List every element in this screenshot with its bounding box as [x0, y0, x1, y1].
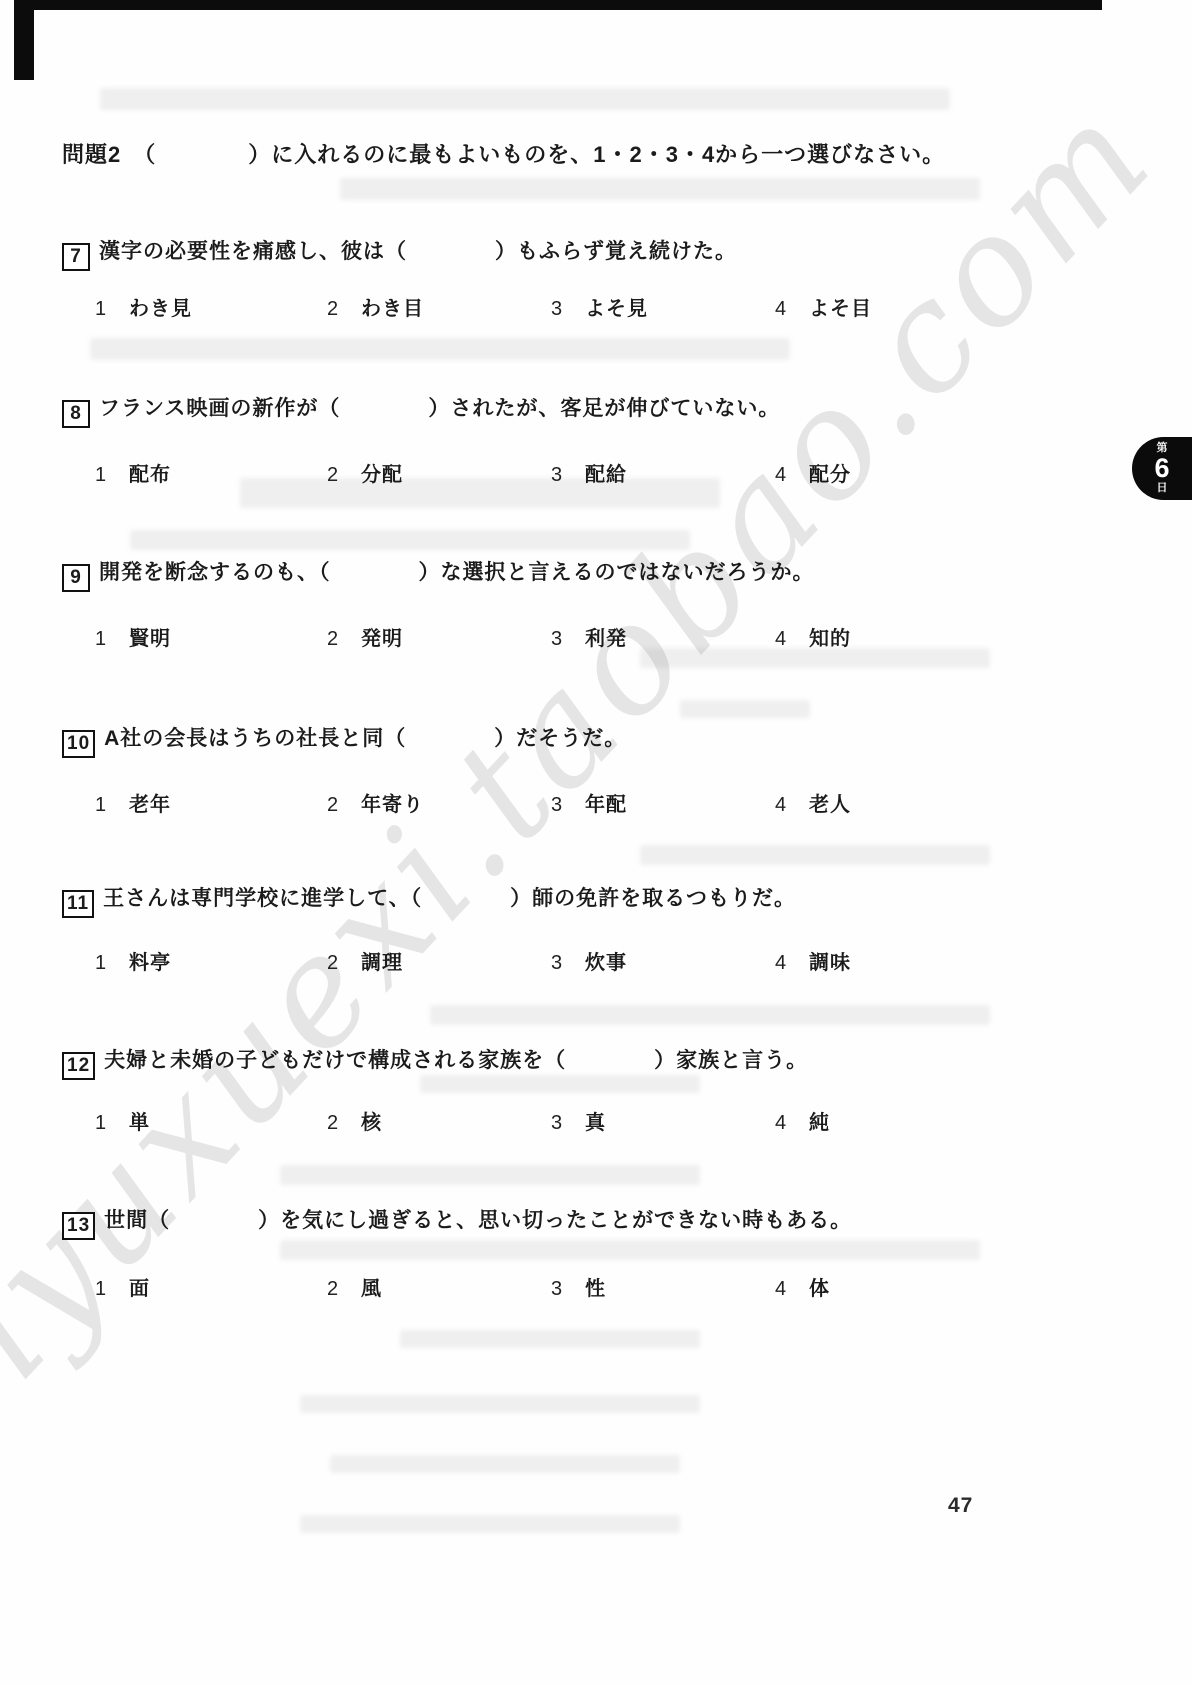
option: 1面: [95, 1272, 327, 1301]
bleed-through-artifact: [100, 88, 950, 110]
question-text: 世間（ ）を気にし過ぎると、思い切ったことができない時もある。: [104, 1209, 852, 1232]
option: 1老年: [95, 788, 327, 817]
option: 2核: [327, 1106, 551, 1135]
option: 2発明: [327, 622, 551, 651]
option: 2風: [327, 1272, 551, 1301]
bleed-through-artifact: [340, 178, 980, 200]
option-number: 3: [551, 464, 571, 487]
option-number: 2: [327, 628, 347, 651]
option-number: 3: [551, 1278, 571, 1301]
option: 3炊事: [551, 946, 775, 975]
option: 4老人: [775, 788, 999, 817]
option: 3年配: [551, 788, 775, 817]
option-label: 配給: [585, 464, 627, 486]
option-number: 2: [327, 1278, 347, 1301]
option-label: 年配: [585, 794, 627, 816]
options-row-13: 1面 2風 3性 4体: [95, 1272, 1105, 1301]
bleed-through-artifact: [680, 700, 810, 718]
question-7: 7漢字の必要性を痛感し、彼は（ ）もふらず覚え続けた。: [62, 235, 1062, 271]
scanned-test-page: riyuxuexi.taobao.com 問題2 （ ）に入れるのに最もよいもの…: [0, 0, 1192, 1684]
question-number: 11: [67, 893, 89, 914]
question-number-box: 8: [62, 400, 90, 428]
question-text: 開発を断念するのも、（ ）な選択と言えるのではないだろうか。: [99, 561, 815, 584]
option: 3利発: [551, 622, 775, 651]
option-label: 知的: [809, 628, 851, 650]
question-number-box: 13: [62, 1212, 95, 1240]
question-number-box: 11: [62, 890, 94, 918]
option-number: 4: [775, 464, 795, 487]
option-label: 分配: [361, 464, 403, 486]
question-number: 10: [67, 733, 90, 754]
option-number: 1: [95, 952, 115, 975]
option-number: 4: [775, 794, 795, 817]
option-number: 3: [551, 628, 571, 651]
option-number: 4: [775, 1112, 795, 1135]
bleed-through-artifact: [640, 845, 990, 865]
question-text: A社の会長はうちの社長と同（ ）だそうだ。: [104, 727, 626, 750]
option-label: 賢明: [129, 628, 171, 650]
question-text: 夫婦と未婚の子どもだけで構成される家族を（ ）家族と言う。: [104, 1049, 808, 1072]
option: 2わき目: [327, 292, 551, 321]
option-number: 4: [775, 628, 795, 651]
options-row-9: 1賢明 2発明 3利発 4知的: [95, 622, 1105, 651]
option: 4調味: [775, 946, 999, 975]
bleed-through-artifact: [430, 1005, 990, 1025]
option: 1わき見: [95, 292, 327, 321]
bleed-through-artifact: [640, 648, 990, 668]
page-number: 47: [948, 1494, 973, 1518]
option-label: 年寄り: [361, 794, 424, 816]
option: 1料亭: [95, 946, 327, 975]
option-number: 2: [327, 298, 347, 321]
option-number: 1: [95, 628, 115, 651]
option: 1配布: [95, 458, 327, 487]
option-label: 発明: [361, 628, 403, 650]
option: 1単: [95, 1106, 327, 1135]
day-tab-suffix: 日: [1157, 483, 1168, 494]
bleed-through-artifact: [130, 530, 690, 550]
option-number: 3: [551, 1112, 571, 1135]
option-label: 性: [585, 1278, 606, 1300]
day-tab: 第 6 日: [1132, 437, 1192, 500]
option-label: 利発: [585, 628, 627, 650]
question-number: 7: [70, 246, 82, 267]
option: 4純: [775, 1106, 999, 1135]
option-number: 2: [327, 794, 347, 817]
option-number: 3: [551, 952, 571, 975]
bleed-through-artifact: [280, 1240, 980, 1260]
option-number: 1: [95, 298, 115, 321]
question-number-box: 7: [62, 243, 90, 271]
option-label: よそ見: [585, 298, 648, 320]
question-text: フランス映画の新作が（ ）されたが、客足が伸びていない。: [99, 397, 780, 420]
option-number: 4: [775, 952, 795, 975]
bleed-through-artifact: [330, 1455, 680, 1473]
option-label: 調理: [361, 952, 403, 974]
question-number-box: 12: [62, 1052, 95, 1080]
option-label: 配布: [129, 464, 171, 486]
option: 4知的: [775, 622, 999, 651]
option-label: 体: [809, 1278, 830, 1300]
options-row-12: 1単 2核 3真 4純: [95, 1106, 1105, 1135]
option-number: 4: [775, 298, 795, 321]
option-number: 2: [327, 464, 347, 487]
scan-edge-artifact-top: [30, 0, 1102, 10]
option: 3配給: [551, 458, 775, 487]
option-number: 3: [551, 298, 571, 321]
option: 4よそ目: [775, 292, 999, 321]
option: 4体: [775, 1272, 999, 1301]
option-label: 核: [361, 1112, 382, 1134]
question-number-box: 9: [62, 564, 90, 592]
question-text: 王さんは専門学校に進学して、（ ）師の免許を取るつもりだ。: [103, 887, 796, 910]
option: 3性: [551, 1272, 775, 1301]
bleed-through-artifact: [90, 338, 790, 360]
options-row-10: 1老年 2年寄り 3年配 4老人: [95, 788, 1105, 817]
question-13: 13世間（ ）を気にし過ぎると、思い切ったことができない時もある。: [62, 1204, 1062, 1240]
day-tab-number: 6: [1154, 455, 1169, 482]
question-11: 11王さんは専門学校に進学して、（ ）師の免許を取るつもりだ。: [62, 882, 1062, 918]
question-number: 13: [67, 1215, 90, 1236]
option-label: 料亭: [129, 952, 171, 974]
option-label: わき目: [361, 298, 424, 320]
option-label: 老年: [129, 794, 171, 816]
option-label: 調味: [809, 952, 851, 974]
question-12: 12夫婦と未婚の子どもだけで構成される家族を（ ）家族と言う。: [62, 1044, 1062, 1080]
options-row-8: 1配布 2分配 3配給 4配分: [95, 458, 1105, 487]
option: 3よそ見: [551, 292, 775, 321]
scan-edge-artifact-left: [14, 0, 34, 80]
question-number: 8: [70, 403, 82, 424]
option-number: 2: [327, 1112, 347, 1135]
question-number: 12: [67, 1055, 90, 1076]
question-9: 9開発を断念するのも、（ ）な選択と言えるのではないだろうか。: [62, 556, 1062, 592]
option-number: 1: [95, 464, 115, 487]
option: 2分配: [327, 458, 551, 487]
bleed-through-artifact: [300, 1395, 700, 1413]
options-row-7: 1わき見 2わき目 3よそ見 4よそ目: [95, 292, 1105, 321]
option-number: 2: [327, 952, 347, 975]
option-label: 配分: [809, 464, 851, 486]
option-label: わき見: [129, 298, 192, 320]
option-label: 真: [585, 1112, 606, 1134]
question-number: 9: [70, 567, 82, 588]
option: 2調理: [327, 946, 551, 975]
option-label: 単: [129, 1112, 150, 1134]
bleed-through-artifact: [300, 1515, 680, 1533]
option-label: よそ目: [809, 298, 872, 320]
option: 1賢明: [95, 622, 327, 651]
option-label: 純: [809, 1112, 830, 1134]
option-label: 炊事: [585, 952, 627, 974]
option-number: 1: [95, 794, 115, 817]
question-8: 8フランス映画の新作が（ ）されたが、客足が伸びていない。: [62, 392, 1062, 428]
question-number-box: 10: [62, 730, 95, 758]
question-10: 10A社の会長はうちの社長と同（ ）だそうだ。: [62, 722, 1062, 758]
option-number: 3: [551, 794, 571, 817]
options-row-11: 1料亭 2調理 3炊事 4調味: [95, 946, 1105, 975]
option-label: 面: [129, 1278, 150, 1300]
option-number: 4: [775, 1278, 795, 1301]
section-header: 問題2 （ ）に入れるのに最もよいものを、1・2・3・4から一つ選びなさい。: [62, 138, 1122, 169]
option-label: 老人: [809, 794, 851, 816]
option: 4配分: [775, 458, 999, 487]
bleed-through-artifact: [280, 1165, 700, 1185]
question-text: 漢字の必要性を痛感し、彼は（ ）もふらず覚え続けた。: [99, 240, 737, 263]
option: 3真: [551, 1106, 775, 1135]
option-label: 風: [361, 1278, 382, 1300]
option-number: 1: [95, 1278, 115, 1301]
option: 2年寄り: [327, 788, 551, 817]
option-number: 1: [95, 1112, 115, 1135]
bleed-through-artifact: [400, 1330, 700, 1348]
